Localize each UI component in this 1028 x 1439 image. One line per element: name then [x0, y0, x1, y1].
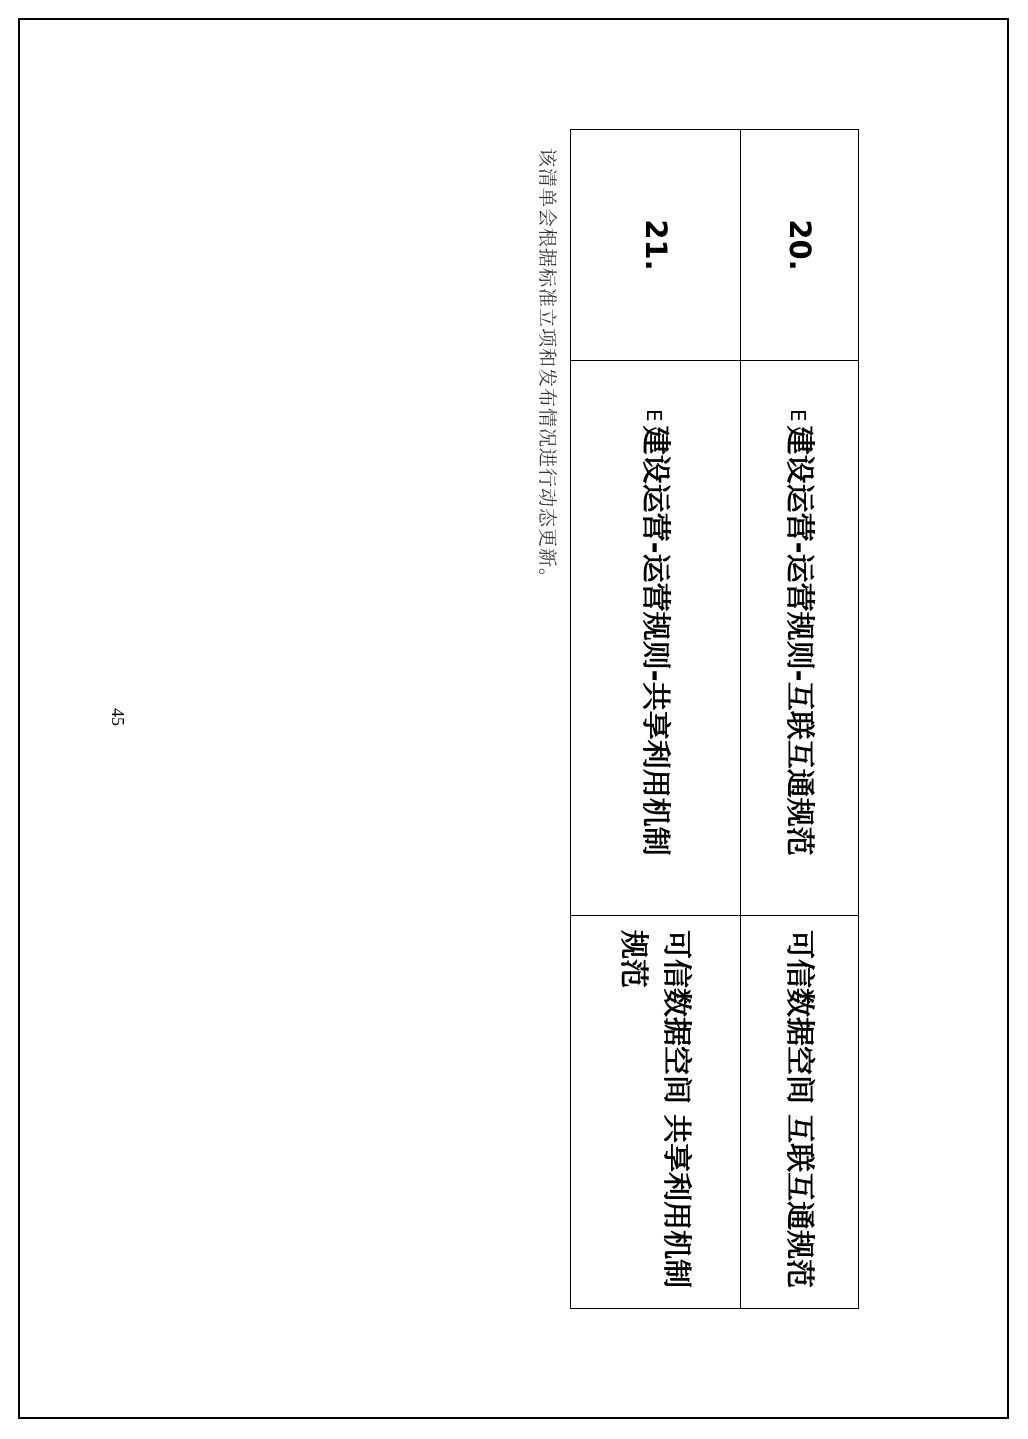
category-cell: E建设运营-运营规则-互联互通规范 [741, 361, 859, 916]
page-border [18, 18, 1009, 1419]
standard-name-cell: 可信数据空间 共享利用机制规范 [571, 916, 741, 1309]
category-text: 建设运营-运营规则-共享利用机制 [639, 426, 673, 856]
row-number: 21. [571, 130, 741, 361]
table-row: 21. E建设运营-运营规则-共享利用机制 可信数据空间 共享利用机制规范 [571, 130, 741, 1309]
category-text: 建设运营-运营规则-互联互通规范 [783, 426, 817, 856]
category-prefix: E [642, 409, 666, 422]
standard-name-cell: 可信数据空间 互联互通规范 [741, 916, 859, 1309]
category-cell: E建设运营-运营规则-共享利用机制 [571, 361, 741, 916]
standards-table-container: 20. E建设运营-运营规则-互联互通规范 可信数据空间 互联互通规范 21. … [571, 129, 859, 1308]
table-row: 20. E建设运营-运营规则-互联互通规范 可信数据空间 互联互通规范 [741, 130, 859, 1309]
category-prefix: E [786, 409, 810, 422]
standards-table: 20. E建设运营-运营规则-互联互通规范 可信数据空间 互联互通规范 21. … [570, 129, 859, 1309]
page-number: 45 [107, 708, 128, 726]
footnote: 该清单会根据标准立项和发布情况进行动态更新。 [535, 148, 562, 588]
row-number: 20. [741, 130, 859, 361]
